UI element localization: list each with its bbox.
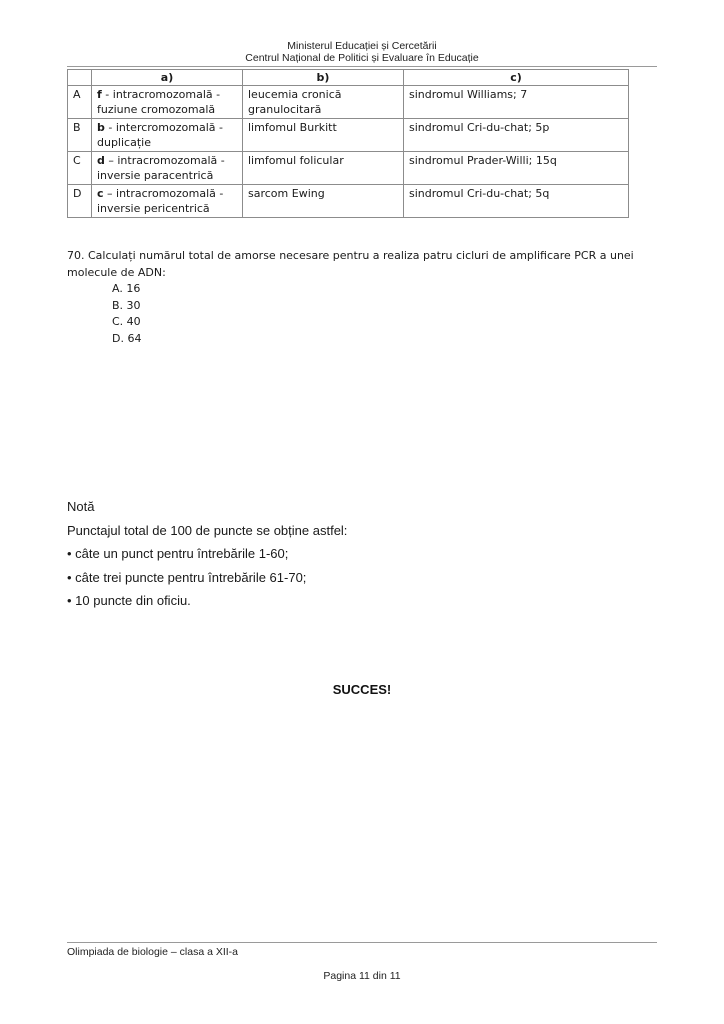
cell-b: leucemia cronică granulocitară bbox=[243, 86, 404, 119]
table-row: C d – intracromozomală - inversie parace… bbox=[68, 152, 629, 185]
question-70: 70. Calculați numărul total de amorse ne… bbox=[67, 248, 667, 347]
note-item: • câte un punct pentru întrebările 1-60; bbox=[67, 542, 627, 566]
page-number: Pagina 11 din 11 bbox=[0, 970, 724, 982]
option-a: A. 16 bbox=[112, 281, 667, 298]
footer-divider bbox=[67, 942, 657, 943]
closing-message: SUCCES! bbox=[0, 682, 724, 697]
note-intro: Punctajul total de 100 de puncte se obți… bbox=[67, 519, 627, 543]
document-header: Ministerul Educației și Cercetării Centr… bbox=[0, 40, 724, 64]
cell-a-text: intracromozomală - fuziune cromozomală bbox=[97, 88, 220, 116]
row-letter: A bbox=[68, 86, 92, 119]
cell-a: b - intercromozomală - duplicație bbox=[92, 119, 243, 152]
note-title: Notă bbox=[67, 495, 627, 519]
cell-a-text: intracromozomală - inversie pericentrică bbox=[97, 187, 223, 215]
header-ministry: Ministerul Educației și Cercetării bbox=[0, 40, 724, 52]
option-c: C. 40 bbox=[112, 314, 667, 331]
cell-a: f - intracromozomală - fuziune cromozoma… bbox=[92, 86, 243, 119]
answer-table: a) b) c) A f - intracromozomală - fuziun… bbox=[67, 69, 629, 218]
header-center: Centrul Național de Politici și Evaluare… bbox=[0, 52, 724, 64]
cell-a-text: intracromozomală - inversie paracentrică bbox=[97, 154, 225, 182]
row-letter: B bbox=[68, 119, 92, 152]
row-letter: C bbox=[68, 152, 92, 185]
question-text: 70. Calculați numărul total de amorse ne… bbox=[67, 248, 667, 281]
cell-b: limfomul Burkitt bbox=[243, 119, 404, 152]
note-list: • câte un punct pentru întrebările 1-60;… bbox=[67, 542, 627, 613]
option-d: D. 64 bbox=[112, 331, 667, 348]
scoring-note: Notă Punctajul total de 100 de puncte se… bbox=[67, 495, 627, 613]
cell-a-separator: – bbox=[104, 187, 117, 200]
table-row: B b - intercromozomală - duplicație limf… bbox=[68, 119, 629, 152]
header-divider bbox=[67, 66, 657, 67]
cell-a-separator: - bbox=[102, 88, 113, 101]
cell-a-separator: - bbox=[105, 121, 116, 134]
table-row: A f - intracromozomală - fuziune cromozo… bbox=[68, 86, 629, 119]
answer-options: A. 16 B. 30 C. 40 D. 64 bbox=[67, 281, 667, 347]
cell-a-separator: – bbox=[105, 154, 118, 167]
note-item: • 10 puncte din oficiu. bbox=[67, 589, 627, 613]
cell-c: sindromul Cri-du-chat; 5q bbox=[404, 185, 629, 218]
column-header: a) bbox=[92, 70, 243, 86]
cell-a-key: d bbox=[97, 154, 105, 167]
cell-a-text: intercromozomală - duplicație bbox=[97, 121, 223, 149]
cell-a-key: b bbox=[97, 121, 105, 134]
table-header-row: a) b) c) bbox=[68, 70, 629, 86]
note-item: • câte trei puncte pentru întrebările 61… bbox=[67, 566, 627, 590]
cell-a: d – intracromozomală - inversie paracent… bbox=[92, 152, 243, 185]
cell-c: sindromul Williams; 7 bbox=[404, 86, 629, 119]
footer-title: Olimpiada de biologie – clasa a XII-a bbox=[67, 946, 238, 958]
cell-a: c – intracromozomală - inversie pericent… bbox=[92, 185, 243, 218]
table-row: D c – intracromozomală - inversie perice… bbox=[68, 185, 629, 218]
row-letter: D bbox=[68, 185, 92, 218]
column-header: c) bbox=[404, 70, 629, 86]
cell-c: sindromul Prader-Willi; 15q bbox=[404, 152, 629, 185]
cell-b: limfomul folicular bbox=[243, 152, 404, 185]
cell-b: sarcom Ewing bbox=[243, 185, 404, 218]
column-header: b) bbox=[243, 70, 404, 86]
cell-c: sindromul Cri-du-chat; 5p bbox=[404, 119, 629, 152]
option-b: B. 30 bbox=[112, 298, 667, 315]
column-header bbox=[68, 70, 92, 86]
